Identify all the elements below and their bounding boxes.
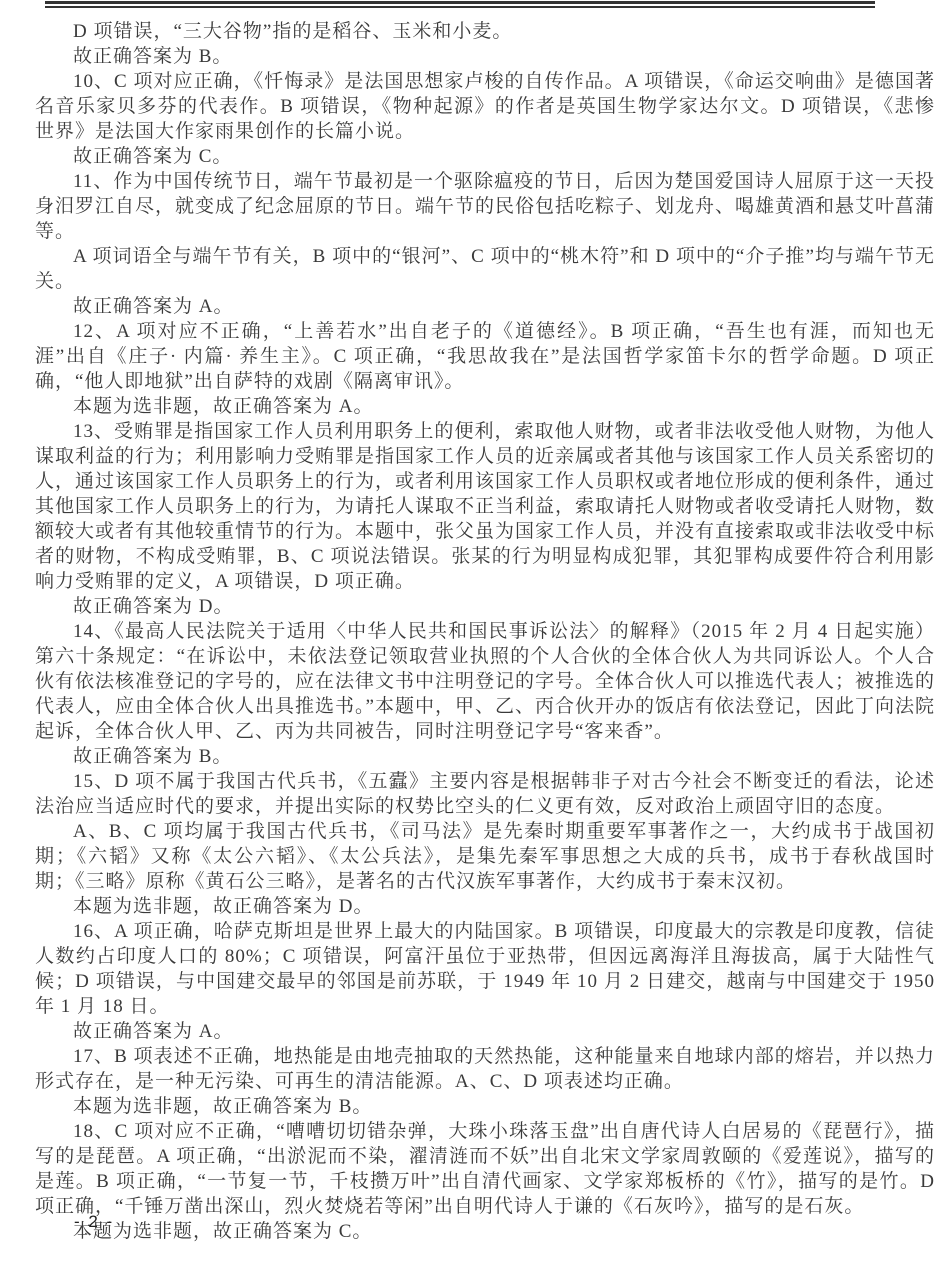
paragraph-answer-tail-9: D 项错误，“三大谷物”指的是稻谷、玉米和小麦。 — [35, 19, 935, 44]
paragraph-explanation-15b: A、B、C 项均属于我国古代兵书，《司马法》是先秦时期重要军事著作之一，大约成书… — [35, 819, 935, 894]
paragraph-explanation-13: 13、受贿罪是指国家工作人员利用职务上的便利，索取他人财物，或者非法收受他人财物… — [35, 419, 935, 594]
paragraph-answer-line-17: 本题为选非题，故正确答案为 B。 — [35, 1094, 935, 1119]
paragraph-explanation-17: 17、B 项表述不正确，地热能是由地壳抽取的天然热能，这种能量来自地球内部的熔岩… — [35, 1044, 935, 1094]
paragraph-answer-line-11: 故正确答案为 A。 — [35, 294, 935, 319]
paragraph-explanation-16: 16、A 项正确，哈萨克斯坦是世界上最大的内陆国家。B 项错误，印度最大的宗教是… — [35, 919, 935, 1019]
paragraph-answer-line-13: 故正确答案为 D。 — [35, 594, 935, 619]
paragraph-explanation-15: 15、D 项不属于我国古代兵书，《五蠹》主要内容是根据韩非子对古今社会不断变迁的… — [35, 769, 935, 819]
paragraph-explanation-18: 18、C 项对应不正确，“嘈嘈切切错杂弹，大珠小珠落玉盘”出自唐代诗人白居易的《… — [35, 1119, 935, 1219]
header-rule-divider — [45, 1, 875, 8]
document-body: D 项错误，“三大谷物”指的是稻谷、玉米和小麦。 故正确答案为 B。 10、C … — [35, 19, 935, 1244]
paragraph-answer-line-15: 本题为选非题，故正确答案为 D。 — [35, 894, 935, 919]
paragraph-explanation-14: 14、《最高人民法院关于适用〈中华人民共和国民事诉讼法〉的解释》（2015 年 … — [35, 619, 935, 744]
paragraph-answer-line-9: 故正确答案为 B。 — [35, 44, 935, 69]
paragraph-answer-line-16: 故正确答案为 A。 — [35, 1019, 935, 1044]
paragraph-explanation-10: 10、C 项对应正确，《忏悔录》是法国思想家卢梭的自传作品。A 项错误，《命运交… — [35, 69, 935, 144]
paragraph-answer-line-18: 本题为选非题，故正确答案为 C。 — [35, 1219, 935, 1244]
paragraph-explanation-12: 12、A 项对应不正确，“上善若水”出自老子的《道德经》。B 项正确，“吾生也有… — [35, 319, 935, 394]
page-number: - 2 - — [74, 1212, 114, 1232]
paragraph-answer-line-10: 故正确答案为 C。 — [35, 144, 935, 169]
document-page: D 项错误，“三大谷物”指的是稻谷、玉米和小麦。 故正确答案为 B。 10、C … — [0, 0, 950, 1276]
paragraph-answer-line-14: 故正确答案为 B。 — [35, 744, 935, 769]
paragraph-explanation-11: 11、作为中国传统节日，端午节最初是一个驱除瘟疫的节日，后因为楚国爱国诗人屈原于… — [35, 169, 935, 244]
paragraph-answer-line-12: 本题为选非题，故正确答案为 A。 — [35, 394, 935, 419]
paragraph-explanation-11b: A 项词语全与端午节有关，B 项中的“银河”、C 项中的“桃木符”和 D 项中的… — [35, 244, 935, 294]
